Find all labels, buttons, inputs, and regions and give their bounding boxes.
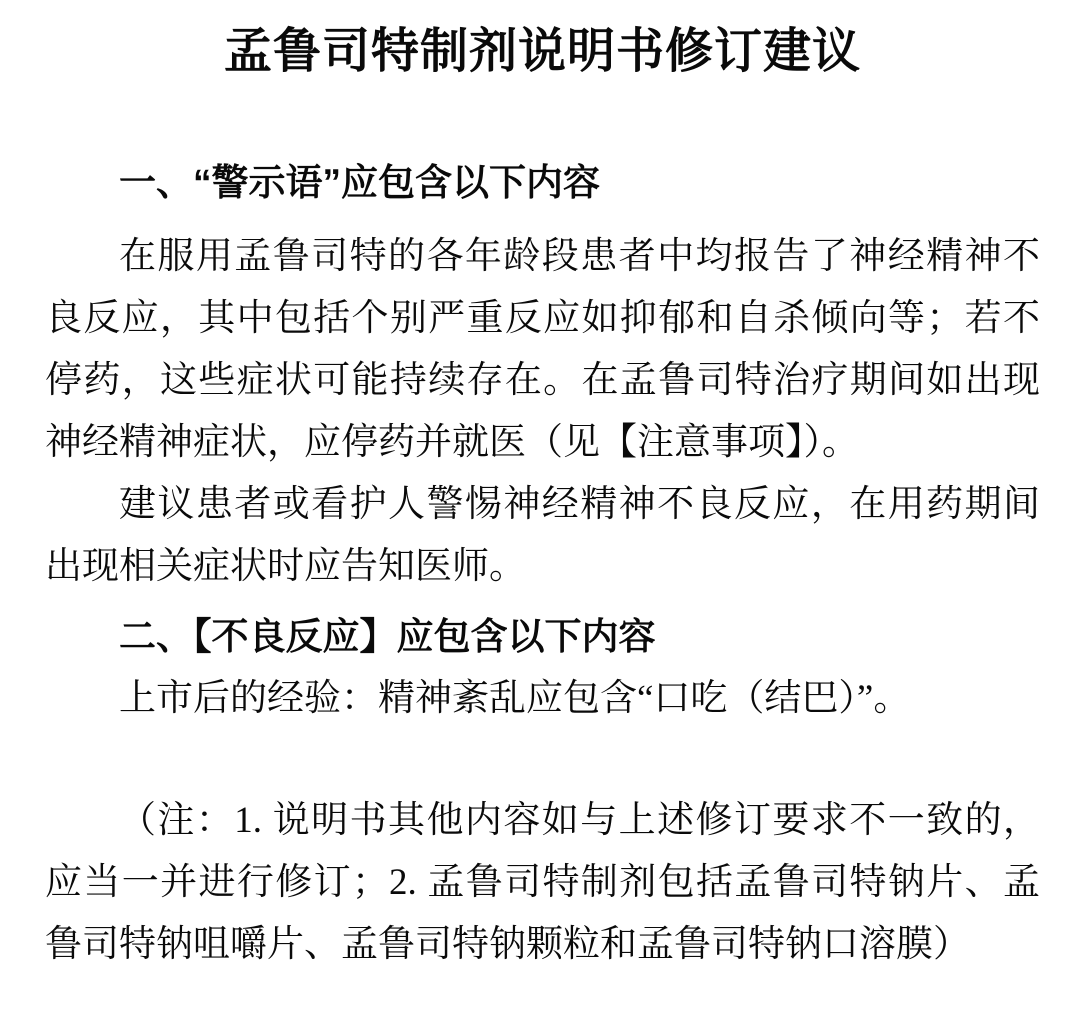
document-page: 孟鲁司特制剂说明书修订建议 一、“警示语”应包含以下内容 在服用孟鲁司特的各年龄… — [0, 0, 1080, 1028]
section-1-heading: 一、“警示语”应包含以下内容 — [45, 152, 1040, 214]
section-1-paragraph-1: 在服用孟鲁司特的各年龄段患者中均报告了神经精神不良反应，其中包括个别严重反应如抑… — [45, 226, 1040, 474]
section-1-paragraph-2: 建议患者或看护人警惕神经精神不良反应，在用药期间出现相关症状时应告知医师。 — [45, 474, 1040, 598]
section-2-paragraph-1: 上市后的经验：精神紊乱应包含“口吃（结巴）”。 — [45, 668, 1040, 730]
section-2-heading: 二、【不良反应】应包含以下内容 — [45, 606, 1040, 668]
note-paragraph: （注：1. 说明书其他内容如与上述修订要求不一致的，应当一并进行修订；2. 孟鲁… — [45, 790, 1040, 976]
document-title: 孟鲁司特制剂说明书修订建议 — [45, 22, 1040, 82]
